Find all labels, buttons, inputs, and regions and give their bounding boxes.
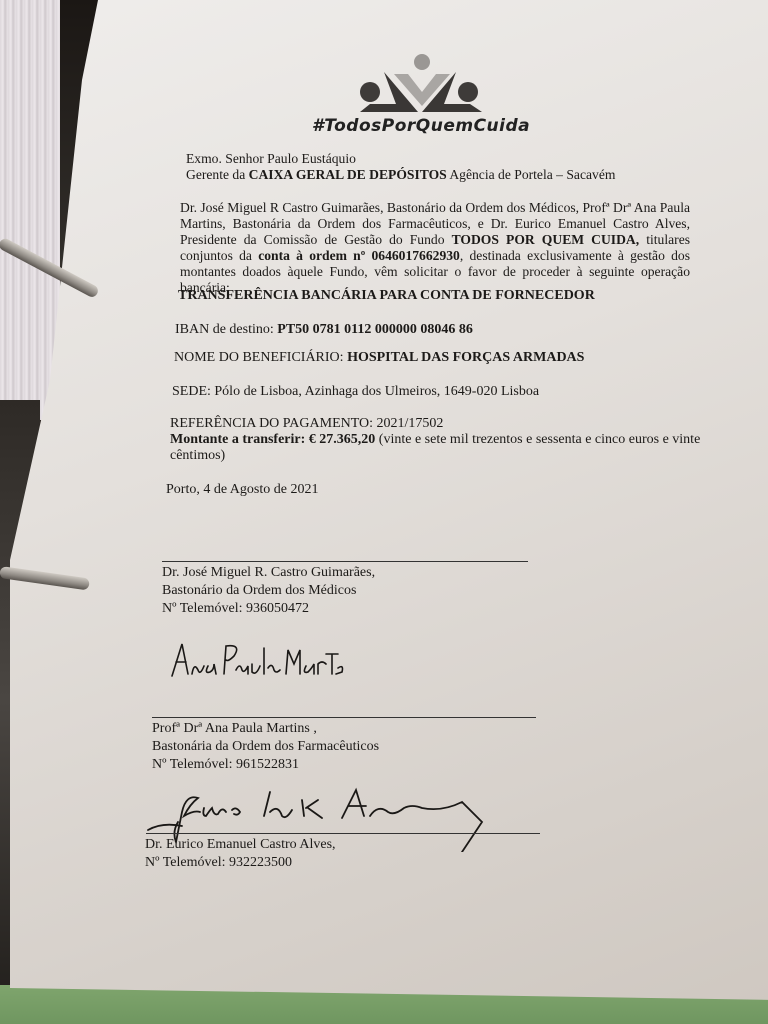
signatory-name: Dr. Eurico Emanuel Castro Alves, [145,836,336,854]
hashtag-label: #TodosPorQuemCuida [296,116,546,136]
signatory-3: Dr. Eurico Emanuel Castro Alves, Nº Tele… [145,836,336,872]
signature-line-3 [146,833,540,834]
addressee-position: Gerente da CAIXA GERAL DE DEPÓSITOS Agên… [186,167,615,183]
signatory-2: Profª Drª Ana Paula Martins , Bastonária… [152,720,379,774]
signatory-name: Profª Drª Ana Paula Martins , [152,720,379,738]
signatory-phone: Nº Telemóvel: 961522831 [152,756,379,774]
people-logo-icon [356,52,486,114]
signatory-name: Dr. José Miguel R. Castro Guimarães, [162,564,375,582]
iban-line: IBAN de destino: PT50 0781 0112 000000 0… [175,322,473,338]
handwritten-signature-ana-paula-martins [168,636,348,684]
account-number: conta à ordem nº 0646017662930 [258,248,460,263]
signatory-1: Dr. José Miguel R. Castro Guimarães, Bas… [162,564,375,618]
amount-value: Montante a transferir: € 27.365,20 [170,432,375,447]
signature-line-2 [152,717,536,718]
addressee-block: Exmo. Senhor Paulo Eustáquio Gerente da … [186,151,615,183]
payment-block: REFERÊNCIA DO PAGAMENTO: 2021/17502 Mont… [170,416,710,464]
sede-line: SEDE: Pólo de Lisboa, Azinhaga dos Ulmei… [172,384,539,400]
beneficiary-value: HOSPITAL DAS FORÇAS ARMADAS [347,350,584,365]
operation-title: TRANSFERÊNCIA BANCÁRIA PARA CONTA DE FOR… [178,288,595,304]
iban-value: PT50 0781 0112 000000 08046 86 [277,322,473,337]
signature-line-1 [162,561,528,562]
signatory-phone: Nº Telemóvel: 936050472 [162,600,375,618]
amount-line: Montante a transferir: € 27.365,20 (vint… [170,432,710,464]
bank-name: CAIXA GERAL DE DEPÓSITOS [249,167,447,182]
request-paragraph: Dr. José Miguel R Castro Guimarães, Bast… [180,200,690,296]
fund-logo: #TodosPorQuemCuida [296,52,546,136]
signatory-role: Bastonário da Ordem dos Médicos [162,582,375,600]
beneficiary-line: NOME DO BENEFICIÁRIO: HOSPITAL DAS FORÇA… [174,350,584,366]
addressee-name: Exmo. Senhor Paulo Eustáquio [186,151,615,167]
fund-name: TODOS POR QUEM CUIDA, [452,232,640,247]
date-line: Porto, 4 de Agosto de 2021 [166,482,318,498]
signatory-phone: Nº Telemóvel: 932223500 [145,854,336,872]
payment-reference: REFERÊNCIA DO PAGAMENTO: 2021/17502 [170,416,710,432]
signatory-role: Bastonária da Ordem dos Farmacêuticos [152,738,379,756]
